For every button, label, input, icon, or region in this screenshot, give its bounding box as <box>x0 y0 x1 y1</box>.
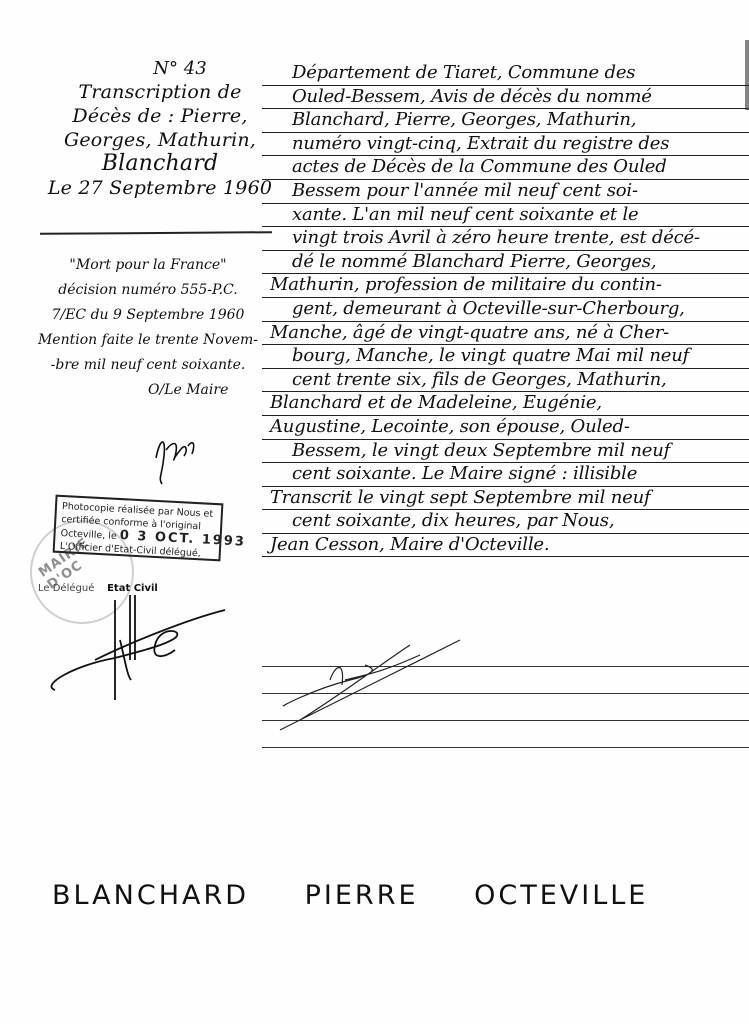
mention-line: Mention faite le trente Novem- <box>28 328 268 353</box>
marginal-mention: "Mort pour la France" décision numéro 55… <box>28 253 268 402</box>
body-line: cent soixante. Le Maire signé : illisibl… <box>262 463 749 487</box>
index-label: BLANCHARD PIERRE OCTEVILLE <box>52 880 692 911</box>
body-line: Ouled-Bessem, Avis de décès du nommé <box>262 86 749 110</box>
body-line: bourg, Manche, le vingt quatre Mai mil n… <box>262 345 749 369</box>
mention-line: -bre mil neuf cent soixante. <box>28 353 268 378</box>
body-line: actes de Décès de la Commune des Ouled <box>262 156 749 180</box>
label-given-name: PIERRE <box>305 880 419 911</box>
mention-line: décision numéro 555-P.C. <box>28 278 268 303</box>
margin-title-block: N° 43 Transcription de Décès de : Pierre… <box>40 58 280 200</box>
body-line: xante. L'an mil neuf cent soixante et le <box>262 204 749 228</box>
body-line: Manche, âgé de vingt-quatre ans, né à Ch… <box>262 322 749 346</box>
body-line: Transcrit le vingt sept Septembre mil ne… <box>262 487 749 511</box>
body-line: Blanchard, Pierre, Georges, Mathurin, <box>262 109 749 133</box>
body-line: Mathurin, profession de militaire du con… <box>262 274 749 298</box>
margin-title-line: Georges, Mathurin, <box>40 128 280 152</box>
margin-title-surname: Blanchard <box>40 152 280 176</box>
body-line: Département de Tiaret, Commune des <box>262 62 749 86</box>
label-commune: OCTEVILLE <box>474 880 648 911</box>
mention-line: "Mort pour la France" <box>28 253 268 278</box>
certification-stamp: Photocopie réalisée par Nous et certifié… <box>53 495 224 562</box>
mention-line: 7/EC du 9 Septembre 1960 <box>28 303 268 328</box>
margin-title-date: Le 27 Septembre 1960 <box>40 176 280 200</box>
body-line: Bessem, le vingt deux Septembre mil neuf <box>262 440 749 464</box>
body-line: gent, demeurant à Octeville-sur-Cherbour… <box>262 298 749 322</box>
body-line: Jean Cesson, Maire d'Octeville. <box>262 534 749 558</box>
body-line: cent soixante, dix heures, par Nous, <box>262 510 749 534</box>
label-surname: BLANCHARD <box>52 880 249 911</box>
body-line: Blanchard et de Madeleine, Eugénie, <box>262 392 749 416</box>
document-page: N° 43 Transcription de Décès de : Pierre… <box>0 0 749 1024</box>
officer-signature-icon <box>35 590 235 700</box>
margin-divider <box>40 231 272 235</box>
body-line: Augustine, Lecointe, son épouse, Ouled- <box>262 416 749 440</box>
margin-title-line: Décès de : Pierre, <box>40 104 280 128</box>
body-line: vingt trois Avril à zéro heure trente, e… <box>262 227 749 251</box>
act-number: N° 43 <box>80 58 280 80</box>
mention-signatory: O/Le Maire <box>88 378 268 402</box>
body-line: cent trente six, fils de Georges, Mathur… <box>262 369 749 393</box>
body-line: numéro vingt-cinq, Extrait du registre d… <box>262 133 749 157</box>
mayor-signature-icon <box>270 625 470 735</box>
mention-signature-icon <box>148 428 208 488</box>
margin-title-line: Transcription de <box>40 80 280 104</box>
body-line: Bessem pour l'année mil neuf cent soi- <box>262 180 749 204</box>
act-body: Département de Tiaret, Commune des Ouled… <box>262 62 749 557</box>
body-line: dé le nommé Blanchard Pierre, Georges, <box>262 251 749 275</box>
